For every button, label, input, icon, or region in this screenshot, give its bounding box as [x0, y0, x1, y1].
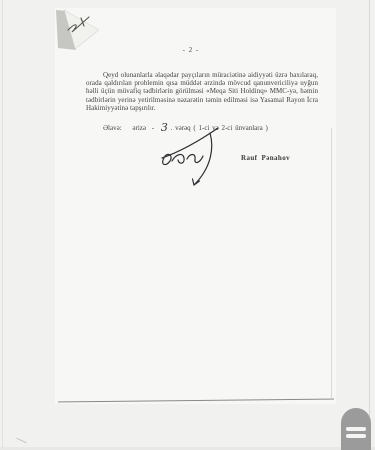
- document-page: - 2 - Qeyd olunanlarla əlaqədar payçılar…: [55, 8, 336, 404]
- scroll-handle[interactable]: [341, 408, 371, 450]
- viewer-right-edge: [369, 0, 370, 450]
- document-viewer: - 2 - Qeyd olunanlarla əlaqədar payçılar…: [0, 0, 375, 450]
- page-right-scan-edge: [331, 128, 332, 398]
- attachment-label: Əlavə:: [103, 124, 122, 132]
- signatory-name: Rauf Pənahov: [241, 154, 290, 162]
- grip-lines-icon: [346, 427, 366, 441]
- page-bottom-scan-edge: [58, 399, 334, 403]
- signature-icon: [150, 125, 225, 193]
- stray-pen-mark: [16, 438, 26, 444]
- page-number: - 2 -: [86, 46, 296, 54]
- viewer-left-edge: [2, 0, 3, 450]
- body-paragraph: Qeyd olunanlarla əlaqədar payçıların mür…: [86, 71, 318, 112]
